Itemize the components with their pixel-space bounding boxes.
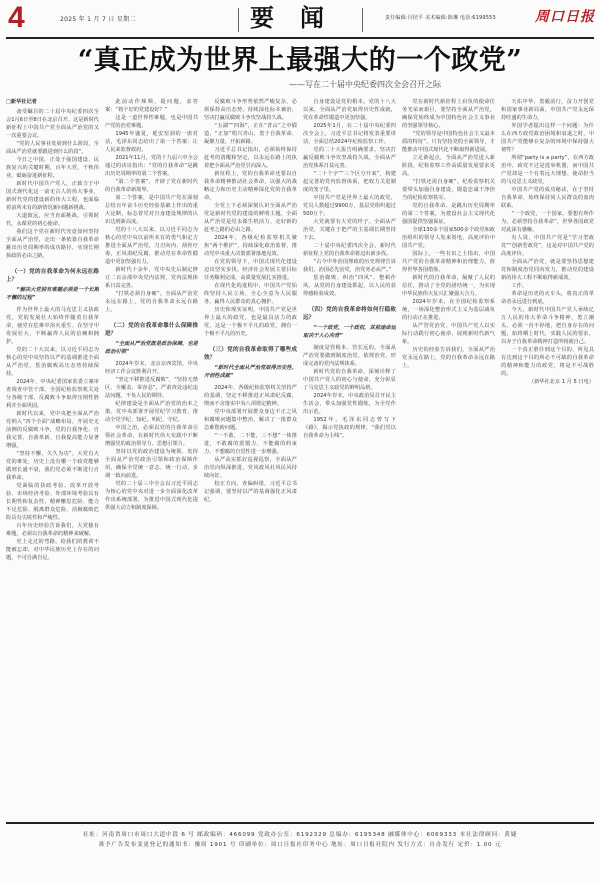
paragraph: 新时代以来，党中央把全面从严治党纳入“四个全面”战略布局，开展史无前例的反腐败斗… (6, 410, 99, 450)
paragraph: 史上走过的弯路，给我们的教训不能被忘却，对中华民族历史上存在的问题，不可自满自足… (6, 538, 99, 562)
section-heading: （四）党的自我革命将如何行稳致远？ (303, 306, 396, 322)
paragraph: 作为世界上最大的马克思主义执政党，党的发展壮大始终伴随着自我革命，使党在危难中浴… (6, 306, 99, 346)
paragraph: 从严从实抓好巡视巡察，全面从严治党向纵深推进，党风政风社风民风持续向好。 (204, 456, 297, 480)
paragraph: 这是一道世界性难题，也是中国共产党的治党难题。 (105, 114, 198, 130)
article-columns: □新华社记者备受瞩目的二十届中央纪委四次全会1月6日至8日在北京召开。这是新时代… (6, 98, 594, 820)
paragraph: 2024年，各级纪检监察机关聚焦“两个维护”，持续深化政治监督，推动党中央重大决… (204, 234, 297, 258)
paragraph: 今天，新时代中国共产党人承续亿万人民的伟大革命斗争精神，勇立潮头，必须一直不停地… (501, 306, 594, 346)
paragraph: 全党上下必须深刻认识全面从严治党是新时代党的建设的鲜明主题，全面从严治党是党永葆… (204, 202, 297, 234)
paragraph: 革命是历史的火车头。将真正的革命者永远进行到底。 (501, 290, 594, 306)
section-quote: “解决大党独有难题必须是一个长期不懈的过程” (6, 286, 99, 302)
byline: □新华社记者 (6, 98, 99, 106)
article-column-1: □新华社记者备受瞩目的二十届中央纪委四次全会1月6日至8日在北京召开。这是新时代… (6, 98, 99, 820)
paragraph: 党的二十届三中全会以习近平同志为核心的党中央对进一步全面深化改革作出系统部署，为… (105, 480, 198, 512)
paragraph: “党的人民事业发展到什么阶段，全面从严治党就要跟进到什么阶段”。 (6, 140, 99, 156)
paragraph: 立足新起点，全面从严治党进入新阶段，纪检监察工作高质量发展要求更高。 (402, 154, 495, 178)
paragraph: 历史和现实证明，中国共产党是世界上最大的政党，也是最具活力的政党。这是一个极不平… (204, 306, 297, 338)
article-column-5: 党在新时代新征程上肩负的使命任务光荣而艰巨，要坚持全面从严治党，确保党始终成为中… (402, 98, 495, 820)
paragraph: 2024年岁末，北京京西宾馆，中央经济工作会议胜利召开。 (105, 360, 198, 376)
paragraph: 百年历史经验告诉我们，大党独有难题，必须以自我革命的精神来破解。 (6, 522, 99, 538)
paragraph: 所谓“party is a party”，在西方政治中，政党不过是选举机器，而中… (501, 154, 594, 186)
article-column-3: 反腐败斗争形势依然严峻复杂，必须保持高压态势，持续深化标本兼治，坚决打赢反腐败斗… (204, 98, 297, 820)
bottom-rule (6, 822, 594, 824)
paragraph: 党的二十大报告明确要求，坚决打赢反腐败斗争攻坚战持久战，全面从严治党体系日益完善… (303, 146, 396, 170)
paragraph: 全面从严治党，就是要坚持思想建党和制度治党同向发力，推动党的建设新的伟大工程不断… (501, 258, 594, 282)
newspaper-logo: 周口日报 (535, 6, 595, 26)
paragraph: “打铁必须自身硬”。全面从严治党永远在路上，党的自我革命永远在路上。 (105, 290, 198, 314)
paragraph: “二十个字”“三个区分开来”，构建起完善的党内监督体系，把权力关进制度的笼子里。 (303, 170, 396, 194)
article-column-2: 此前动作频频，提问题，求答案：“将个好的党建设好？”这是一道世界性难题，也是中国… (105, 98, 198, 820)
footer: 社址：河南省周口市周口大道中段 6 号 邮政编码：466099 党政办公室：61… (6, 830, 594, 850)
paragraph: 从严管党治党，中国共产党人以实际行动践行初心使命，展现新时代新气象。 (402, 322, 495, 346)
section-heading: （二）党的自我革命靠什么保障推进？ (105, 322, 198, 338)
section-title: 要闻 (250, 2, 350, 34)
paragraph: 有人说，中国共产党是“学习型政党”“创新型政党”，这是对中国共产党的高度评价。 (501, 234, 594, 258)
paragraph: 在党的领导下，中国式现代化建设迈出坚实步伐。经济社会发展主要目标任务顺利完成，高… (204, 258, 297, 282)
section-quote: “全面从严治党既是政治保障，也是政治引领” (105, 340, 198, 356)
paragraph: “古今中外治国理政的历史规律告诉我们，治国必先治党，治党务必从严。” (303, 258, 396, 274)
paragraph: 中国之治，必须以党的自我革命引领社会革命，在新时代伟大实践中不断增强党的政治领导… (105, 424, 198, 448)
paragraph: 制度是管根本、管长远的。全面从严治党要做到制度治党、依规治党，形成完备的党内法规… (303, 344, 396, 368)
divider (362, 8, 363, 32)
paragraph: 大道致远，应当直面挑战，引领时代，永葆党的初心使命。 (6, 212, 99, 228)
paragraph: 中国共产党的成功秘诀，在于坚持自我革命，始终保持同人民群众的血肉联系。 (501, 186, 594, 210)
paragraph: 1952年，毛泽东同志曾写下《路》，揭示党执政的规律，“我们党以自我革命为主线”… (303, 416, 396, 440)
paragraph: 纪律建设是全面从严治党的治本之策。党中央部署开展党纪学习教育，推动全党学纪、知纪… (105, 400, 198, 424)
divider (238, 8, 239, 32)
paragraph: 中国共产党是世界上最大的政党，党员人数超过9900万，基层党组织超过500万个。 (303, 194, 396, 218)
paragraph: 大党就要有大党的样子。全面从严治党，关键在于把严的主基调长期坚持下去。 (303, 218, 396, 242)
paragraph: “一不敢，二不能，三不想”一体推进，不敢腐的震慑力、不能腐的约束力、不想腐的自觉… (204, 432, 297, 456)
paragraph: “坚持不懈，久久为功”。大党有大党的难处，历史上没有哪一个政党能够做到长盛不衰，… (6, 450, 99, 482)
paragraph: 2024年，各级纪检监察机关坚持严的基调，坚定不移推进正风肃纪反腐，锲而不舍落实… (204, 384, 297, 408)
paragraph: 反腐败斗争形势依然严峻复杂，必须保持高压态势，持续深化标本兼治，坚决打赢反腐败斗… (204, 98, 297, 122)
section-heading: （一）党的自我革命为何永远在路上？ (6, 268, 99, 284)
paragraph: 自身建设是党的根本。党的十八大以来，全面从严治党取得历史性成就，党在革命性锻造中… (303, 98, 396, 122)
paragraph: 今日之中国，正处于强国建设、民族复兴的关键时期，百年大党，千秋伟业，砥砺奋进新征… (6, 156, 99, 180)
dateline: （新华社北京 1 月 5 日电） (501, 378, 594, 386)
paragraph: 2024年，中央纪委国家监委立案审查调查中管干部，全国纪检监察机关处分各级干部，… (6, 378, 99, 410)
masthead: 4 2025 年 1 月 7 日 星期二 要闻 责任编辑:闫培平 美术编辑:陈琳… (0, 0, 600, 38)
paragraph: 在现代化的进程中，中国共产党始终坚持人民立场，全心全意为人民服务，赢得人民群众的… (204, 282, 297, 306)
paragraph: 习近平总书记指出，必须始终保持赶考的清醒和坚定，以永远在路上的执着把全面从严治党… (204, 146, 297, 170)
paragraph: “打铁还需自身硬”。纪检监察机关要带头加强自身建设，锻造忠诚干净担当的纪检监察铁… (402, 178, 495, 202)
paragraph: 新时代十余年，党中央先后制定修订二百余部中央党内法规，党内法规体系日益完善。 (105, 266, 198, 290)
subheadline: ——写在二十届中央纪委四次全会召开之际 (0, 79, 600, 90)
paragraph: 新征程上，党的自我革命还要以自我革命精神推动社会革命，以强大的战略定力和历史主动… (204, 170, 297, 202)
paragraph: 此前动作频频，提问题，求答案：“将个好的党建设好？” (105, 98, 198, 114)
paragraph: 党的十八大以来，以习近平同志为核心的党中央以前所未有的勇气和定力推进全面从严治党… (105, 226, 198, 266)
paragraph: 天佑中华，勇毅前行，奋力开创党和国家事业新局面，中国共产党永远保持旺盛的生命力。 (501, 98, 594, 122)
paragraph: 1945年盛夏，延安窑洞的一席对话，毛泽东同志给出了第一个答案：让人民来监督政府… (105, 130, 198, 154)
paragraph: 坚持以党的政治建设为统领，发挥全面从严治党政治引领和政治保障作用，确保全党统一意… (105, 448, 198, 480)
paragraph: 党的自我革命，是跳出历史周期率的第二个答案，为建设社会主义现代化强国提供坚强保证… (402, 202, 495, 226)
paragraph: “坚定不移推进反腐败”，“坚持无禁区、全覆盖、零容忍”，严肃查处违纪违法问题，不… (105, 376, 198, 400)
footer-line-1: 社址：河南省周口市周口大道中段 6 号 邮政编码：466099 党政办公室：61… (6, 830, 594, 840)
footer-line-2: 准予广告发布变更登记的通知书：豫周 1901 号 印刷单位：周口日报社印务中心 … (6, 840, 594, 850)
paragraph: 工作。 (501, 282, 594, 290)
paragraph: 备受瞩目的二十届中央纪委四次全会1月6日至8日在北京召开。这是新时代新征程上中国… (6, 108, 99, 140)
paragraph: 新时代中国共产党人，正致力于中国式现代化这一前无古人的伟大事业，新时代党的建设新… (6, 180, 99, 212)
article-column-6: 天佑中华，勇毅前行，奋力开创党和国家事业新局面，中国共产党永远保持旺盛的生命力。… (501, 98, 594, 820)
paragraph: 新时代的自我革命，凝聚了人民的信任，推动了全党的团结统一，为实现中华民族伟大复兴… (402, 274, 495, 298)
paragraph: 2021年11月，党的十九届六中全会通过的决议指出：“党的自我革命”是跳出历史周… (105, 154, 198, 178)
paragraph: 国际上，一些有识之士指出，中国共产党的自我革命精神和治理能力，值得世界各国借鉴。 (402, 250, 495, 274)
paragraph: 党的二十大以来，以习近平同志为核心的党中央坚持以严的基调推进全面从严治党，惩治腐… (6, 346, 99, 378)
paragraph: 二十届中央纪委四次全会，新时代新征程上党的自我革命将迈出新步伐。 (303, 242, 396, 258)
section-quote: “新时代全面从严治党取得历史性、开创性成就” (204, 364, 297, 380)
paragraph: 第二个答案，是中国共产党在深刻总结百年奋斗历史经验基础上作出的重大论断，标志着党… (105, 194, 198, 226)
paragraph: 全球130多个国家500多个政党和政治组织的领导人发来贺电，高度评价中国共产党。 (402, 226, 495, 250)
section-heading: （三）党的自我革命取得了哪些成效？ (204, 346, 297, 362)
paragraph: “一个政党，一个国家，要想有所作为，必须坚持自我革命”，世界各国政党对此深有感触… (501, 210, 594, 234)
paragraph: 2024年岁末，中央政治局召开民主生活会，带头加强党性锻炼，为全党作出示范。 (303, 392, 396, 416)
headline: “真正成为世界上最强大的一个政党” (0, 44, 600, 78)
paragraph: “第二个答案”，开辟了党在新时代的自我革命新境界。 (105, 178, 198, 194)
paragraph: 校正方向，查偏纠错，习近平总书记强调，要坚持以严的基调强化正风肃纪。 (204, 480, 297, 504)
paragraph: 一个真正胜任到这个目的，所见具有达到这个目的所必不可缺的自我革命的精神和能力的政… (501, 346, 594, 378)
page-number: 4 (8, 2, 25, 34)
paragraph: 外国学者提出这样一个问题：为什么在西方政党政治困境和衰退之时，中国共产党能够在复… (501, 122, 594, 154)
paragraph: 党中央部署开展群众身边不正之风和腐败问题集中整治，解决了一批群众急难愁盼问题。 (204, 408, 297, 432)
top-rule (6, 37, 594, 39)
paragraph: “五湖”“四海”，正在“青山”之中锻造，“正加”唱兴青山，勇于自我革命、凝聚力量… (204, 122, 297, 146)
paragraph: 历史的经验告诉我们，全面从严治党永远在路上，党的自我革命永远在路上。 (402, 346, 495, 370)
paragraph: “党的领导是中国特色社会主义最本质的特征”。只有坚持党的全面领导，才能推动中国式… (402, 130, 495, 154)
paragraph: 党在新时代新征程上肩负的使命任务光荣而艰巨，要坚持全面从严治党，确保党始终成为中… (402, 98, 495, 130)
paragraph: 新时代党的自我革命，深刻诠释了中国共产党人的初心与使命，充分彰显了马克思主义政党… (303, 368, 396, 392)
paragraph: 党面临的执政考验、改革开放考验、市场经济考验、外部环境考验具有长期性和复杂性，精… (6, 482, 99, 522)
article-column-4: 自身建设是党的根本。党的十八大以来，全面从严治党取得历史性成就，党在革命性锻造中… (303, 98, 396, 820)
paragraph: 惩治腐败、纠治“四风”、整顿作风，从党的自身建设抓起，以人民的获得感检验成效。 (303, 274, 396, 298)
paragraph: 2024年岁末，在全国纪检监察系统，一场深化整治形式主义为基层减负的行动正在推进… (402, 298, 495, 322)
paragraph: 2025年1月，在二十届中央纪委四次全会上，习近平总书记将发表重要讲话，全面总结… (303, 122, 396, 146)
issue-date: 2025 年 1 月 7 日 星期二 (60, 14, 136, 23)
section-quote: “一个政党，一个政权，其前途命运取决于人心向背” (303, 324, 396, 340)
paragraph: 我们这个党在新时代究竟如何坚持全面从严治党，走出一条依靠自我革命跳出历史周期率的… (6, 228, 99, 260)
editors-info: 责任编辑:闫培平 美术编辑:陈琳 电话:6199553 (385, 14, 496, 21)
